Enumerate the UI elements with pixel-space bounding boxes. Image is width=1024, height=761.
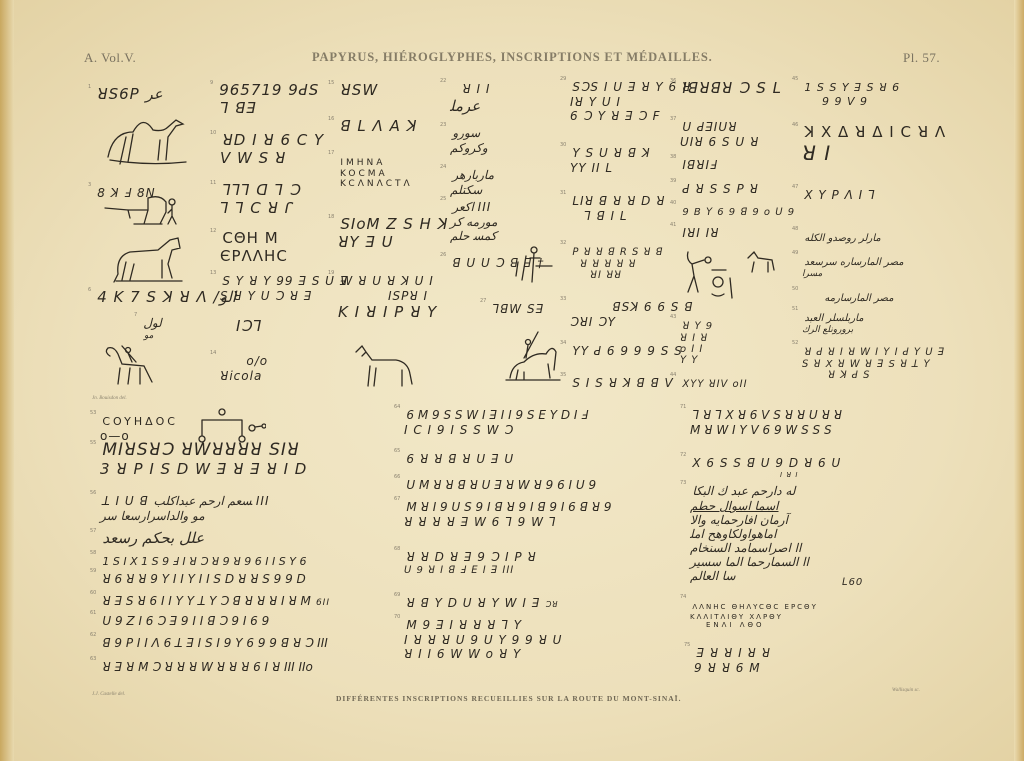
inscription-1: 1ꓤꓢ6ꓑ ﻋﺮ xyxy=(88,84,163,103)
inscription-34: 34ꓬꓬ ꓒ 6 9 9 9 S S xyxy=(560,340,683,359)
rider-on-camel-figure xyxy=(504,330,564,386)
camel-figure xyxy=(98,112,188,170)
inscription-22: 22ꓤ ꓲ ꓲ ﻋﺮﻣﻠ xyxy=(440,78,490,115)
inscription-63: 63ꓤ ꓱ ꓤ ꓟ ꓛ ꓤ ꓤ ꓤ ꓪ ꓤ ꓤ ꓤ 6 ꓲ ꓤ ꓲꓲꓲ ꓲꓲo xyxy=(90,656,313,675)
inscription-56: 56ꓕ ꓲ ꓴ ꓭ ﺴﻌﻢ ﺍﺭﺣﻢ ﻋﺒﺪﺍﻛﻠﺐ ꓲꓲꓲ ﻣﻮ ﻭﺍﻟﺪﺍﺳ… xyxy=(90,490,270,523)
inscription-19: 19ꓪ ꓤ ꓴ ꓤ ꓘ ꓴ ꓲ ꓲꓢꓑꓤ ꓲ K ꓲ ꓤ ꓲ ꓑ ꓤ ꓬ xyxy=(328,270,437,321)
inscription-51: 51ﻣﺎﺭﺑﻠﺴﻠﺮ ﺍﻟﻌﺒﺪ ﺑﺮﻭﺭﻭﻧﻠﻊ ﺍﻟﺮﻙ xyxy=(792,306,864,335)
inscription-74: 74ΛΛNHC ΘHΛYCΘC EPCΘY KΛΛITΛIΘY XΛPΘY EN… xyxy=(680,594,818,629)
inscription-12: 12CΘH ꓟ ЄPΛΛHC xyxy=(210,228,288,265)
inscription-72: 72ꓫ 6 ꓢ S ꓭ ꓴ 9 ꓓ ꓤ 6 ꓴ ꓲ ꓤ ꓲ xyxy=(680,452,841,479)
inscription-41: 41ꓲꓤꓲ ꓲꓤ xyxy=(670,222,719,241)
paper-edge-right xyxy=(1014,0,1024,761)
inscription-18: 18ꓢꓲoꓟ ꓜ S H ꓘ ꓤꓬ ꓱ ꓴ xyxy=(328,214,448,251)
inscription-71: 71ꓶ ꓤ ꓶ ꓫ ꓤ 6 ꓦ ꓢ ꓤ ꓤ ꓴ ꓤ ꓤ ꓟ ꓤ ꓪ ꓲ ꓬ ꓦ … xyxy=(680,404,842,437)
inscription-38: 38ꓲꓭꓤꓲꓞ xyxy=(670,154,718,173)
engraver-credit-upper: Jn. Bouisdon del. xyxy=(92,396,127,401)
inscription-43: 43ꓤ ꓬ 9 ꓤ ꓲ ꓤ o ꓲ ꓲ ꓬ ꓬ xyxy=(670,314,713,366)
inscription-30: 30ꓬ S ꓴ ꓤ ꓭ ꓘ ꓬꓬ ꓲꓲ ꓡ xyxy=(560,142,651,175)
inscription-49: 49ﻣﺼﺮ ﺍﻟﻤﺎﺭﺳﺎﺭﻩ ﺳﺮﺳﻌﺪ ﻣﺴﺮﺍ xyxy=(792,250,904,279)
inscription-36: 36ꓲꓭꓤꓭꓤ ꓛ S ꓡ xyxy=(670,78,782,97)
inscription-73: 73ﻟﻪ ﺩﺍﺭﺣﻢ ﻋﺒﺪ ﻙ ﺍﻟﺒﻜﺎ ﺍﺳﻤﺎ ﺍﺳﻮﺍﻝ ﺣﻄﻢ ﺁﺭ… xyxy=(680,480,809,583)
inscription-16: 16ꓭ ꓡ ꓥ A ꓘ xyxy=(328,116,417,135)
inscription-10: 10ꓤꓓ ꓲ ꓤ 6 ꓚ ꓬ ꓦ ꓪ ꓢ ꓤ xyxy=(210,130,324,167)
inscription-59: 59ꓤ 6 ꓤ ꓤ 9 ꓬ ꓲ ꓲ ꓬ ꓲ ꓲ ꓢ ꓓ ꓤ ꓤ ꓢ 9 9 ꓓ xyxy=(90,568,306,587)
inscription-32: 32ꓑ ꓤ ꓤ ꓭ ꓣ ꓢ ꓤ ꓭ ꓤ ꓤ ꓤ ꓤ ꓤ ꓤꓲ ꓤꓤ xyxy=(560,240,664,281)
inscription-58: 581 S ꓲ ꓫ 1 S 9 ꓞ ꓲ ꓤ ꓛ ꓤ 9 ꓤ 9 6 ꓲ ꓲ S … xyxy=(90,550,306,569)
inscription-25: 25ﺍﻛﻌﺮ ꓲꓲꓲ ﻣﻮﺭﻣﻪ ﻛﺮ ﻛﻤﺴ ﺣﻠﻢ xyxy=(440,196,497,243)
inscription-31: 31ꓡꓲꓤ ꓭ ꓤ ꓤ ꓓ ꓤ ꓶ ꓭ ꓲ ꓡ xyxy=(560,190,666,223)
inscription-75: 75ꓱ ꓤ ꓤ ꓲ ꓤ ꓤ 9 ꓤ ꓤ 6 ꓟ xyxy=(684,642,771,675)
inscription-66: 66ꓴ ꓟ ꓤ ꓤ ꓭ ꓤ ꓴ ꓱ ꓤ ꓪ ꓤ 9 6 ꓲ ꓴ 9 xyxy=(394,474,596,493)
inscription-48: 48ﻣﺎﺭﻟﺮ ﺭﻭﺻﺪﻭ ﺍﻟﻜﻠﻪ xyxy=(792,226,881,245)
rider-on-horse-figure xyxy=(100,342,158,388)
inscription-64: 646 ꓟ 9 S S ꓪ ꓲ ꓱ ꓲ ꓲ 9 S E ꓬ ꓓ ꓲ ꓞ ꓲ C … xyxy=(394,404,588,437)
engraver-credit-right: Wallisquin sc. xyxy=(892,688,920,693)
horse-figure xyxy=(110,234,188,286)
inscription-27: 27ꓶꓭꓪ ꓢꓱ xyxy=(480,298,544,317)
inscription-23: 23ﺳﻮﺭﻭ ﻭﻛﺮﻭﻛﻢ xyxy=(440,122,488,155)
inscription-37: 37ꓴ ꓒꓱꓲꓴꓤ ꓴꓲꓤ 6 S ꓴ ꓤ xyxy=(670,116,759,149)
plate-title: PAPYRUS, HIÉROGLYPHES, INSCRIPTIONS ET M… xyxy=(312,50,713,65)
inscription-57: 57ﻋﻠﻞ ﺑﺤﻜﻢ ﺭﺳﻌﺪ xyxy=(90,528,204,547)
plate-number: Pl. 57. xyxy=(903,50,940,66)
lying-camel-and-man-figure xyxy=(100,196,190,228)
inscription-69: 69ꓤ ꓭ ꓬ ꓓ ꓴ ꓤ ꓬ ꓪ ꓲ ꓱ ꓛꓤ xyxy=(394,592,559,611)
inscription-73-mark: ꓡ60 xyxy=(842,570,863,589)
standing-figures xyxy=(512,246,556,286)
inscription-44: 44ꓫꓬꓬ ꓤꓲꓦ oꓲꓲ xyxy=(670,372,748,391)
inscription-65: 656 ꓤ ꓤ ꓭ ꓤ ꓴ ꓱ ꓴ xyxy=(394,448,514,467)
inscription-61: 61ꓴ 9 ꓜ ꓲ 6 ꓛ ꓱ 9 ꓲ ꓲ ꓭ ꓛ 9 ꓲ 6 9 xyxy=(90,610,269,629)
inscription-55: 55ꓟꓲꓤꓢꓤꓛ ꓤꓪꓤꓤꓤꓤ ꓢꓲꓤ 3 ꓤ ꓑ ꓲ ꓢ ꓓ ꓪ ꓱ ꓤ ꓱ … xyxy=(90,440,307,478)
inscription-40: 409 B ꓬ 6 9 ꓭ 9 o ꓴ 9 xyxy=(670,200,795,219)
engraver-credit-lower: J.J. Castelle del. xyxy=(92,692,125,697)
man-and-animal-figure xyxy=(682,248,782,304)
engraved-plate: A. Vol.V. PAPYRUS, HIÉROGLYPHES, INSCRIP… xyxy=(0,0,1024,761)
inscription-70: 70ꓟ 9 ꓱ ꓲ ꓤ ꓤ ꓤ ꓶ ꓬ ꓲ ꓤ ꓤ ꓤ ꓴ 9 ꓴ ꓬ 9 9 … xyxy=(394,614,562,661)
inscription-24: 24ﻣﺎﺭﺑﺎﺭﻫﺮ ﺳﻜﺘﻠﻢ xyxy=(440,164,494,197)
inscription-7: 7ﻟﻮﻝ ﻣﻮ xyxy=(134,312,162,341)
inscription-45: 451 S S ꓬ ꓱ S ꓤ 6 9 9 ꓦ 9 xyxy=(792,76,900,108)
inscription-50: 50ﻣﺼﺮ ﺍﻟﻤﺎﺭﺳﺎﺭﻣﻪ xyxy=(792,286,894,305)
inscription-60: 60ꓤ ꓱ ꓢ ꓤ 6 ꓲ ꓲ ꓬ ꓬ ꓕ ꓬ ꓛ ꓭ ꓤ ꓤ ꓤ ꓲ ꓤ ꓟ … xyxy=(90,590,330,609)
inscription-68: 68ꓤ ꓤ ꓓ ꓤ ꓱ 9 ꓛ ꓲ ꓑ ꓤ ꓴ 9 ꓤ ꓲ ꓭ ꓞ ꓰ ꓲ ꓱ … xyxy=(394,546,537,576)
inscription-53: 53COYHΔOC o—o xyxy=(90,410,178,443)
inscription-13b: ꓲꓛꓶ xyxy=(236,316,262,335)
inscription-47: 47ꓫ ꓬ P Λ ꓲ ꓶ xyxy=(792,184,876,203)
volume-label: A. Vol.V. xyxy=(84,50,136,66)
horse-figure-small xyxy=(352,344,416,390)
inscription-9: 9965719 9ꓒꓢ ꓶ ꓭꓱ xyxy=(210,80,319,117)
inscription-52: 52ꓤ ꓒ ꓤ ꓲ ꓤ ꓪ ꓲ ꓬ ꓲ ꓒ ꓬ ꓴ ꓱ ꓢ ꓤ X ꓤ ꓪ ꓤ … xyxy=(792,340,945,381)
paper-edge-left xyxy=(0,0,14,761)
inscription-17: 17IMHNA KOCMA KCΛNΛCTΛ xyxy=(328,150,413,189)
inscription-39: 39ꓒ ꓤ S S P ꓤ xyxy=(670,178,759,197)
inscription-15: 15ꓤꓢꓪ xyxy=(328,80,378,99)
plate-caption: DIFFÉRENTES INSCRIPTIONS RECUEILLIES SUR… xyxy=(336,694,681,703)
inscription-62: 62ꓭ 9 ꓑ ꓲ ꓲ Λ 6 ꓕ ꓱ ꓲ ꓢ ꓲ 9 ꓬ 6 9 9 ꓭ ꓤ … xyxy=(90,632,328,651)
inscription-11: 11ꓶꓶꓶ ꓷ ꓶ ꓛ ꓶ ꓶ ꓚ ꓤ ꓩ xyxy=(210,180,301,217)
inscription-14: 14o/o ꓤicola xyxy=(210,350,268,383)
inscription-46: 46ꓘ ꓫ Δ ꓤ Δ ꓲ C ꓤ ꓥ ꓤ ꓲ xyxy=(792,122,946,165)
inscription-67: 67ꓟ ꓤ ꓲ 9 ꓴ ꓢ 9 ꓲ ꓭ ꓤ 9 ꓲ ꓭ 9 ꓲ 6 ꓭ ꓤ 9 … xyxy=(394,496,611,529)
inscription-35: 35S I S ꓤ ꓘ ꓭ ꓭ ꓦ xyxy=(560,372,674,391)
